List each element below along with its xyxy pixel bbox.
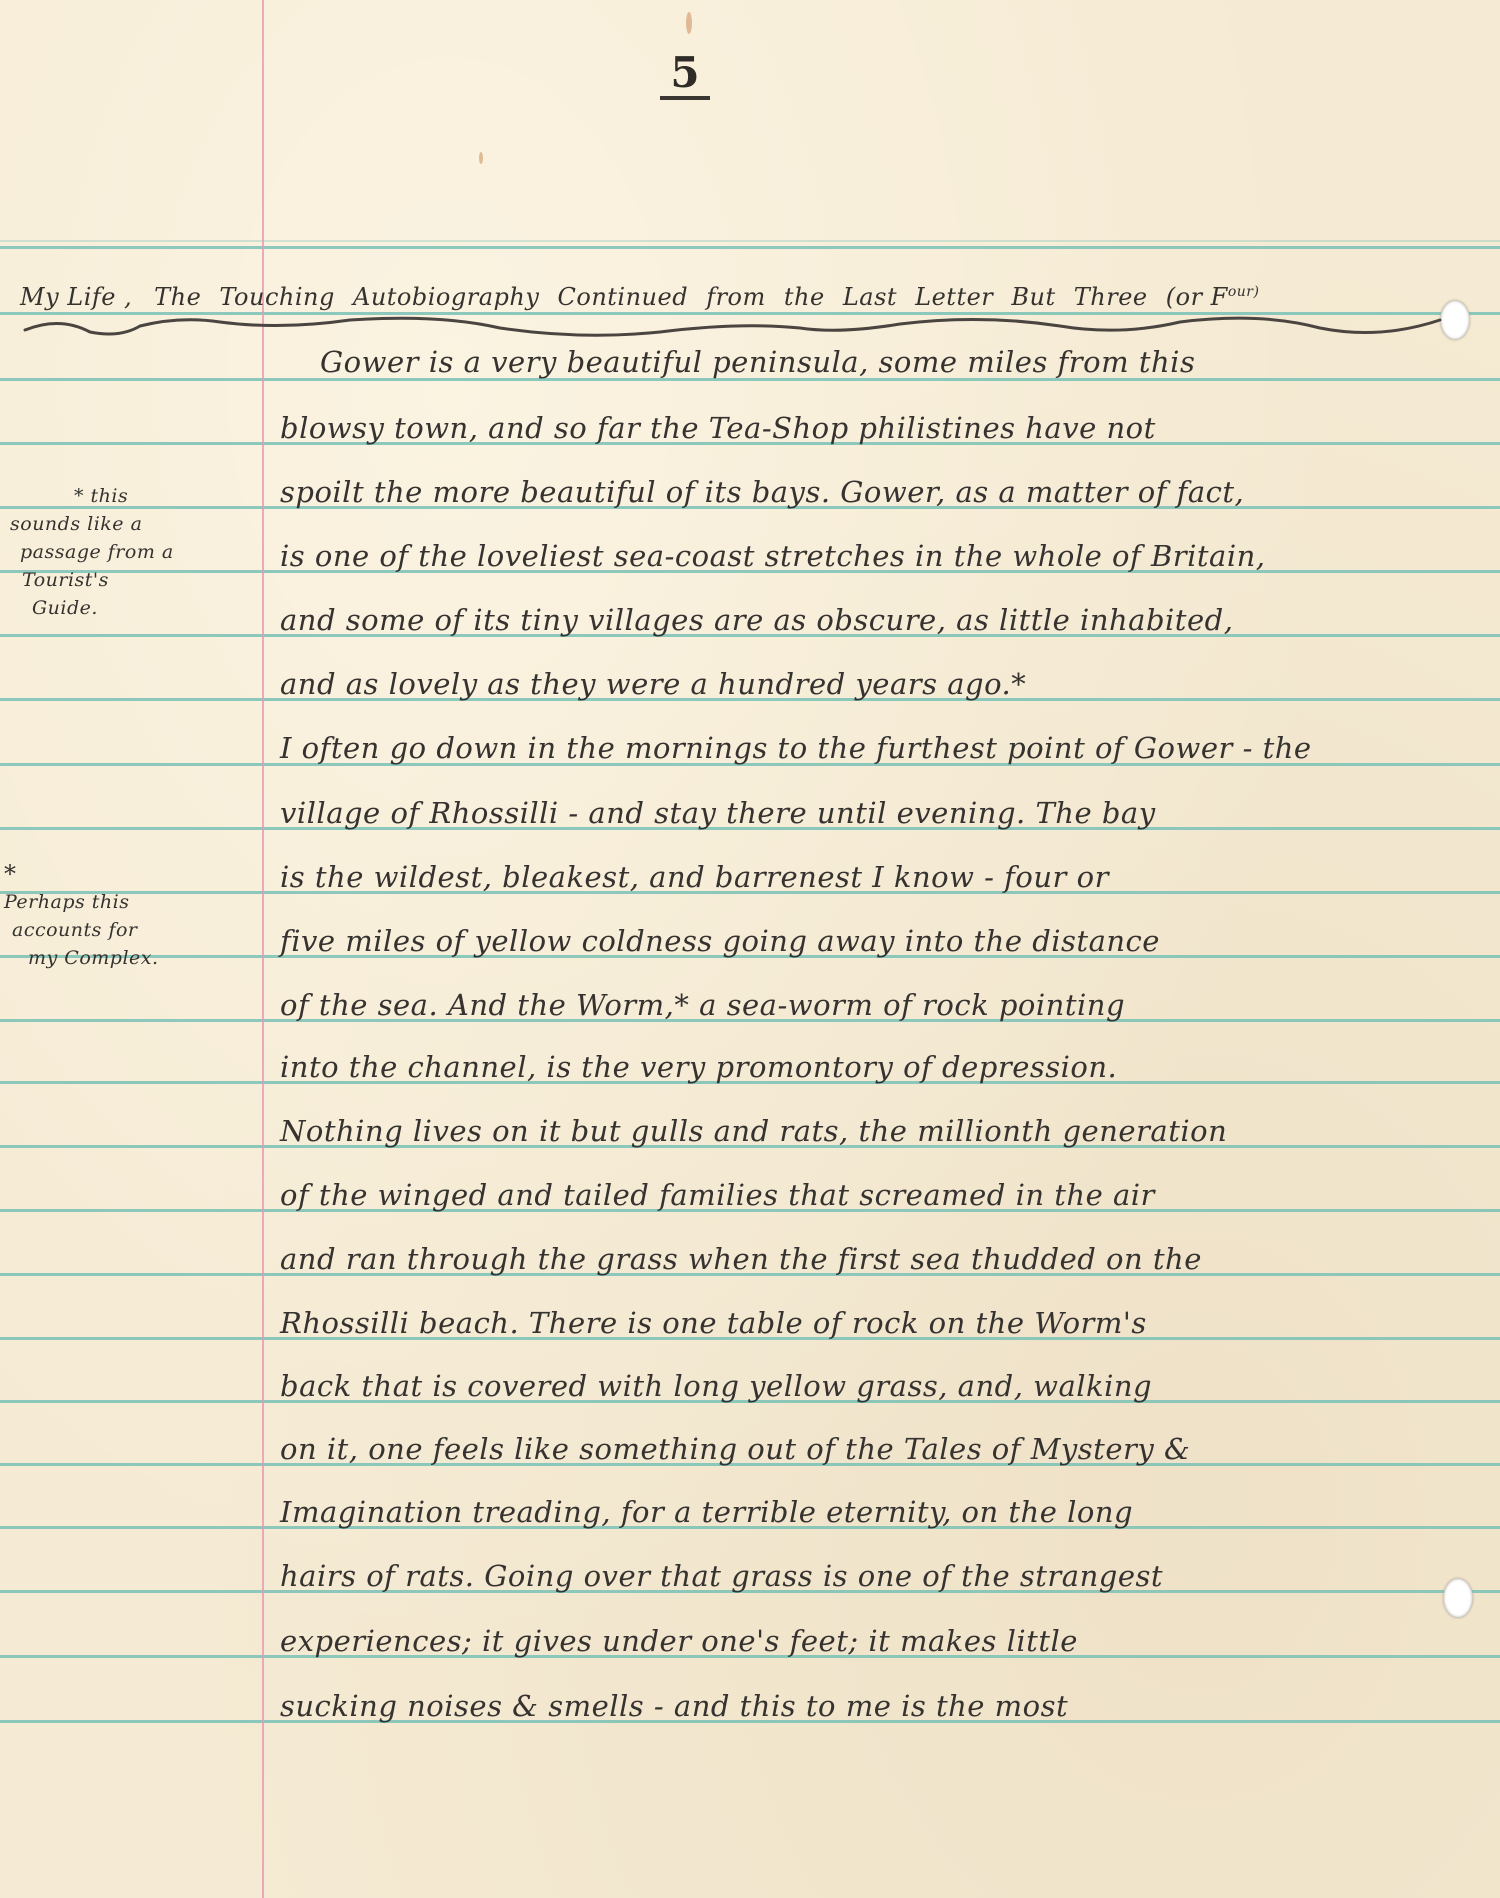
- body-line-text: is the wildest, bleakest, and barrenest …: [280, 863, 1109, 892]
- asterisk-icon: *: [4, 860, 159, 888]
- body-line: Imagination treading, for a terrible ete…: [280, 1498, 1460, 1527]
- body-line: is one of the loveliest sea-coast stretc…: [280, 542, 1460, 571]
- body-line-text: Gower is a very beautiful peninsula, som…: [320, 348, 1195, 377]
- body-line-text: village of Rhossilli - and stay there un…: [280, 799, 1156, 828]
- margin-note-tourist-guide: * this sounds like a passage from a Tour…: [40, 482, 174, 622]
- body-line-text: blowsy town, and so far the Tea-Shop phi…: [280, 414, 1156, 443]
- body-line-text: and some of its tiny villages are as obs…: [280, 606, 1233, 635]
- body-line-text: is one of the loveliest sea-coast stretc…: [280, 542, 1266, 571]
- body-line-text: spoilt the more beautiful of its bays. G…: [280, 478, 1244, 507]
- body-line: Rhossilli beach. There is one table of r…: [280, 1309, 1460, 1338]
- body-line-text: sucking noises & smells - and this to me…: [280, 1692, 1068, 1721]
- wavy-underline: [20, 310, 1460, 344]
- margin-note-line: my Complex.: [4, 944, 159, 972]
- body-line: of the sea. And the Worm,* a sea-worm of…: [280, 991, 1460, 1020]
- body-line: is the wildest, bleakest, and barrenest …: [280, 863, 1460, 892]
- body-line-text: five miles of yellow coldness going away…: [280, 927, 1160, 956]
- letter-heading: My Life,The Touching Autobiography Conti…: [20, 283, 1440, 311]
- body-line-text: of the winged and tailed families that s…: [280, 1181, 1155, 1210]
- body-line-text: experiences; it gives under one's feet; …: [280, 1627, 1078, 1656]
- heading-suffix-superscript: our): [1228, 284, 1260, 300]
- body-line: blowsy town, and so far the Tea-Shop phi…: [280, 414, 1460, 443]
- body-line: five miles of yellow coldness going away…: [280, 927, 1460, 956]
- ruled-line: [0, 246, 1500, 249]
- body-line: Nothing lives on it but gulls and rats, …: [280, 1117, 1460, 1146]
- body-line-text: I often go down in the mornings to the f…: [280, 734, 1312, 763]
- body-line-text: back that is covered with long yellow gr…: [280, 1372, 1152, 1401]
- margin-note-complex: * Perhaps this accounts for my Complex.: [4, 860, 159, 972]
- body-line-text: Rhossilli beach. There is one table of r…: [280, 1309, 1147, 1338]
- body-line: of the winged and tailed families that s…: [280, 1181, 1460, 1210]
- body-line-text: of the sea. And the Worm,* a sea-worm of…: [280, 991, 1125, 1020]
- body-line-text: and as lovely as they were a hundred yea…: [280, 670, 1026, 699]
- margin-note-line: Perhaps this: [4, 888, 159, 916]
- body-line: and as lovely as they were a hundred yea…: [280, 670, 1460, 699]
- body-line: hairs of rats. Going over that grass is …: [280, 1562, 1460, 1591]
- stain-mark: [479, 152, 483, 164]
- faint-ruled-line: [0, 240, 1500, 242]
- heading-separator: ,: [124, 283, 132, 311]
- body-line: into the channel, is the very promontory…: [280, 1053, 1460, 1082]
- body-line-text: and ran through the grass when the first…: [280, 1245, 1202, 1274]
- margin-note-line: accounts for: [4, 916, 159, 944]
- body-line: on it, one feels like something out of t…: [280, 1435, 1460, 1464]
- margin-note-line: Tourist's: [22, 566, 174, 594]
- heading-prefix: My Life: [20, 283, 116, 311]
- heading-suffix: (or F: [1166, 283, 1228, 311]
- body-line: village of Rhossilli - and stay there un…: [280, 799, 1460, 828]
- margin-note-line: sounds like a: [10, 510, 174, 538]
- margin-note-line: passage from a: [20, 538, 174, 566]
- body-line-text: hairs of rats. Going over that grass is …: [280, 1562, 1163, 1591]
- body-line-text: Imagination treading, for a terrible ete…: [280, 1498, 1133, 1527]
- margin-note-line: * this: [40, 482, 174, 510]
- page-number: 5: [660, 50, 710, 100]
- body-line: experiences; it gives under one's feet; …: [280, 1627, 1460, 1656]
- body-line: back that is covered with long yellow gr…: [280, 1372, 1460, 1401]
- body-line: spoilt the more beautiful of its bays. G…: [280, 478, 1460, 507]
- stain-mark: [686, 12, 692, 34]
- body-line-text: on it, one feels like something out of t…: [280, 1435, 1190, 1464]
- body-line-text: into the channel, is the very promontory…: [280, 1053, 1117, 1082]
- body-line: and ran through the grass when the first…: [280, 1245, 1460, 1274]
- heading-title: The Touching Autobiography Continued fro…: [154, 283, 1148, 311]
- body-line: I often go down in the mornings to the f…: [280, 734, 1460, 763]
- body-line: and some of its tiny villages are as obs…: [280, 606, 1460, 635]
- body-line-text: Nothing lives on it but gulls and rats, …: [280, 1117, 1227, 1146]
- body-line: Gower is a very beautiful peninsula, som…: [320, 348, 1440, 377]
- margin-note-line: Guide.: [32, 594, 174, 622]
- body-line: sucking noises & smells - and this to me…: [280, 1692, 1460, 1721]
